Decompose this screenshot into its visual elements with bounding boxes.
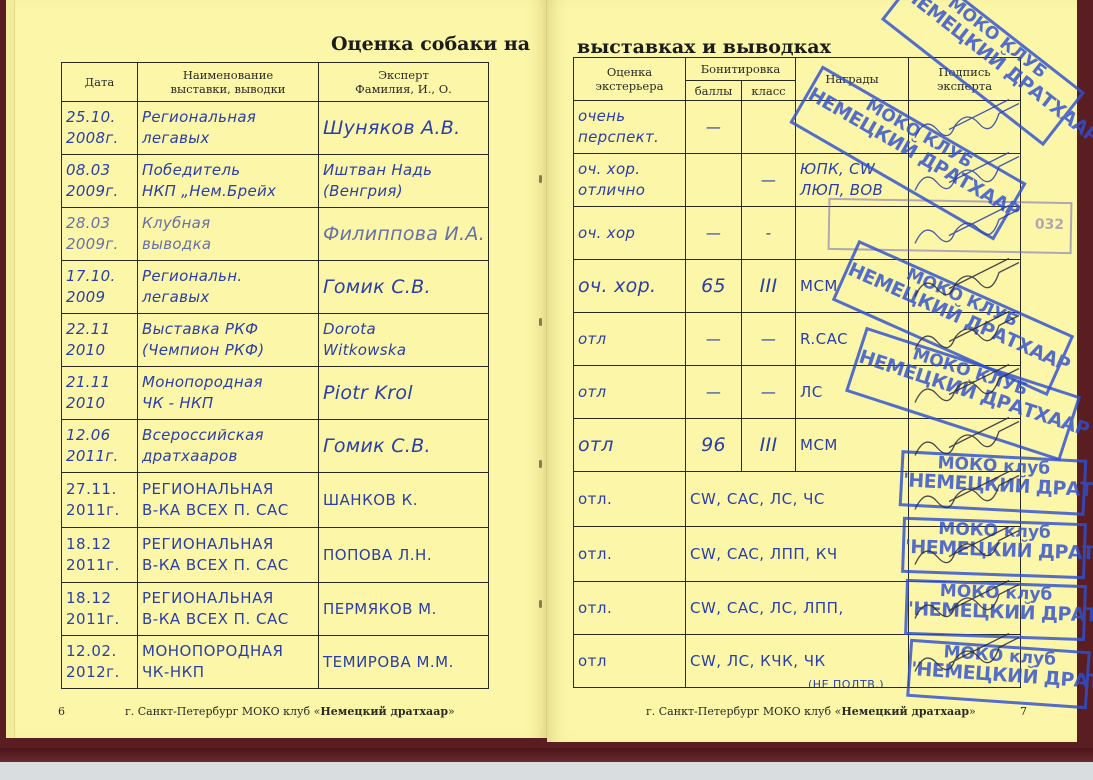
table-row: 08.03 2009г.Победитель НКП „Нем.БрейхИшт…	[62, 155, 489, 208]
grade-cell: оч. хор	[574, 207, 686, 260]
binding-thread	[539, 600, 542, 608]
expert-cell: Piotr Krol	[319, 367, 489, 420]
page-stack-edge	[6, 0, 15, 738]
grade-cell: отл.	[574, 582, 686, 635]
points-cell	[686, 154, 742, 207]
table-row: оч. хор.65IIIМСМ	[574, 260, 1021, 313]
date-cell: 28.03 2009г.	[62, 208, 138, 261]
page-number-right: 7	[1020, 705, 1027, 718]
column-header-date: Дата	[62, 63, 138, 102]
expert-cell: Филиппова И.А.	[319, 208, 489, 261]
signature-cell	[909, 472, 1021, 527]
column-header-signature: Подпись эксперта	[909, 58, 1021, 101]
column-header-bonitation: Бонитировка	[686, 58, 796, 81]
date-cell: 12.06 2011г.	[62, 420, 138, 473]
class-cell: —	[742, 154, 796, 207]
points-awards-cell: CW, CAC, ЛПП, КЧ	[686, 527, 909, 582]
grade-cell: оч. хор. отлично	[574, 154, 686, 207]
table-row: отл——ЛС	[574, 366, 1021, 419]
date-cell: 18.12 2011г.	[62, 528, 138, 583]
points-cell: 96	[686, 419, 742, 472]
table-row: отл.CW, CAC, ЛПП, КЧ	[574, 527, 1021, 582]
footer-left: г. Санкт-Петербург МОКО клуб «Немецкий д…	[125, 705, 455, 718]
table-row: отл.CW, CAC, ЛС, ЧС	[574, 472, 1021, 527]
page-title-left: Оценка собаки на	[331, 33, 530, 55]
table-row: 17.10. 2009Региональн. легавыхГомик С.В.	[62, 261, 489, 314]
event-cell: Победитель НКП „Нем.Брейх	[138, 155, 319, 208]
points-cell: 65	[686, 260, 742, 313]
table-row: 22.11 2010Выставка РКФ (Чемпион РКФ)Doro…	[62, 314, 489, 367]
event-cell: Клубная выводка	[138, 208, 319, 261]
points-awards-cell: CW, ЛС, КЧК, ЧК(НЕ ПОДТВ.)	[686, 635, 909, 688]
table-row: 18.12 2011г.РЕГИОНАЛЬНАЯ В-КА ВСЕХ П. СА…	[62, 528, 489, 583]
table-row: 25.10. 2008г.Региональная легавыхШуняков…	[62, 102, 489, 155]
expert-cell: Шуняков А.В.	[319, 102, 489, 155]
expert-cell: Гомик С.В.	[319, 420, 489, 473]
column-header-event: Наименование выставки, выводки	[138, 63, 319, 102]
date-cell: 18.12 2011г.	[62, 583, 138, 636]
event-cell: РЕГИОНАЛЬНАЯ В-КА ВСЕХ П. САС	[138, 583, 319, 636]
event-cell: Региональная легавых	[138, 102, 319, 155]
table-row: 18.12 2011г.РЕГИОНАЛЬНАЯ В-КА ВСЕХ П. СА…	[62, 583, 489, 636]
awards-cell: ЮПК, CW ЛЮП, BOB	[796, 154, 909, 207]
class-cell	[742, 101, 796, 154]
page-number-left: 6	[58, 705, 65, 718]
table-row: очень перспект.—	[574, 101, 1021, 154]
footer-right: г. Санкт-Петербург МОКО клуб «Немецкий д…	[646, 705, 976, 718]
dog-evaluation-table-right: Оценка экстерьера Бонитировка Награды По…	[573, 57, 1021, 688]
points-cell: —	[686, 366, 742, 419]
table-row: отл.CW, CAC, ЛС, ЛПП,	[574, 582, 1021, 635]
binding-thread	[539, 460, 542, 468]
event-cell: Региональн. легавых	[138, 261, 319, 314]
grade-cell: оч. хор.	[574, 260, 686, 313]
table-row: отл96IIIМСМ	[574, 419, 1021, 472]
points-cell: —	[686, 207, 742, 260]
points-awards-cell: CW, CAC, ЛС, ЛПП,	[686, 582, 909, 635]
grade-cell: отл	[574, 419, 686, 472]
signature-cell	[909, 260, 1021, 313]
date-cell: 17.10. 2009	[62, 261, 138, 314]
grade-cell: очень перспект.	[574, 101, 686, 154]
event-cell: Монопородная ЧК - НКП	[138, 367, 319, 420]
table-row: 28.03 2009г.Клубная выводкаФилиппова И.А…	[62, 208, 489, 261]
expert-cell: ПЕРМЯКОВ М.	[319, 583, 489, 636]
column-header-points: баллы	[686, 81, 742, 101]
expert-cell: ШАНКОВ К.	[319, 473, 489, 528]
event-cell: МОНОПОРОДНАЯ ЧК-НКП	[138, 636, 319, 689]
grade-cell: отл	[574, 313, 686, 366]
table-row: отлCW, ЛС, КЧК, ЧК(НЕ ПОДТВ.)	[574, 635, 1021, 688]
signature-cell	[909, 635, 1021, 688]
signature-cell	[909, 313, 1021, 366]
expert-cell: Иштван Надь (Венгрия)	[319, 155, 489, 208]
date-cell: 27.11. 2011г.	[62, 473, 138, 528]
points-cell: —	[686, 313, 742, 366]
expert-cell: ТЕМИРОВА М.М.	[319, 636, 489, 689]
column-header-awards: Награды	[796, 58, 909, 101]
page-title-right: выставках и выводках	[577, 36, 831, 58]
points-cell: —	[686, 101, 742, 154]
class-cell: III	[742, 419, 796, 472]
awards-cell: R.CAC	[796, 313, 909, 366]
awards-cell	[796, 207, 909, 260]
event-cell: Выставка РКФ (Чемпион РКФ)	[138, 314, 319, 367]
class-cell: -	[742, 207, 796, 260]
expert-cell: ПОПОВА Л.Н.	[319, 528, 489, 583]
column-header-class: класс	[742, 81, 796, 101]
table-row: 12.02. 2012г.МОНОПОРОДНАЯ ЧК-НКПТЕМИРОВА…	[62, 636, 489, 689]
grade-cell: отл	[574, 366, 686, 419]
date-cell: 22.11 2010	[62, 314, 138, 367]
date-cell: 12.02. 2012г.	[62, 636, 138, 689]
table-row: отл——R.CAC	[574, 313, 1021, 366]
table-row: 27.11. 2011г.РЕГИОНАЛЬНАЯ В-КА ВСЕХ П. С…	[62, 473, 489, 528]
grade-cell: отл	[574, 635, 686, 688]
expert-cell: Гомик С.В.	[319, 261, 489, 314]
signature-cell	[909, 154, 1021, 207]
signature-cell	[909, 366, 1021, 419]
grade-cell: отл.	[574, 527, 686, 582]
class-cell: —	[742, 313, 796, 366]
column-header-grade: Оценка экстерьера	[574, 58, 686, 101]
table-row: 12.06 2011г.Всероссийская дратхааровГоми…	[62, 420, 489, 473]
note: (НЕ ПОДТВ.)	[804, 679, 884, 688]
cover-edge	[0, 748, 1093, 762]
awards-cell: ЛС	[796, 366, 909, 419]
table-row: оч. хор. отлично—ЮПК, CW ЛЮП, BOB	[574, 154, 1021, 207]
table-row: 21.11 2010Монопородная ЧК - НКПPiotr Kro…	[62, 367, 489, 420]
awards-cell: МСМ	[796, 419, 909, 472]
awards-cell	[796, 101, 909, 154]
event-cell: РЕГИОНАЛЬНАЯ В-КА ВСЕХ П. САС	[138, 528, 319, 583]
dog-evaluation-table-left: Дата Наименование выставки, выводки Эксп…	[61, 62, 489, 689]
table-row: оч. хор—-	[574, 207, 1021, 260]
column-header-expert: Эксперт Фамилия, И., О.	[319, 63, 489, 102]
signature-cell	[909, 207, 1021, 260]
date-cell: 21.11 2010	[62, 367, 138, 420]
binding-thread	[539, 318, 542, 326]
class-cell: —	[742, 366, 796, 419]
class-cell: III	[742, 260, 796, 313]
signature-cell	[909, 582, 1021, 635]
points-awards-cell: CW, CAC, ЛС, ЧС	[686, 472, 909, 527]
signature-cell	[909, 101, 1021, 154]
event-cell: Всероссийская дратхааров	[138, 420, 319, 473]
grade-cell: отл.	[574, 472, 686, 527]
event-cell: РЕГИОНАЛЬНАЯ В-КА ВСЕХ П. САС	[138, 473, 319, 528]
awards-cell: МСМ	[796, 260, 909, 313]
date-cell: 08.03 2009г.	[62, 155, 138, 208]
signature-cell	[909, 419, 1021, 472]
signature-cell	[909, 527, 1021, 582]
expert-cell: Dorota Witkowska	[319, 314, 489, 367]
binding-thread	[539, 175, 542, 183]
date-cell: 25.10. 2008г.	[62, 102, 138, 155]
